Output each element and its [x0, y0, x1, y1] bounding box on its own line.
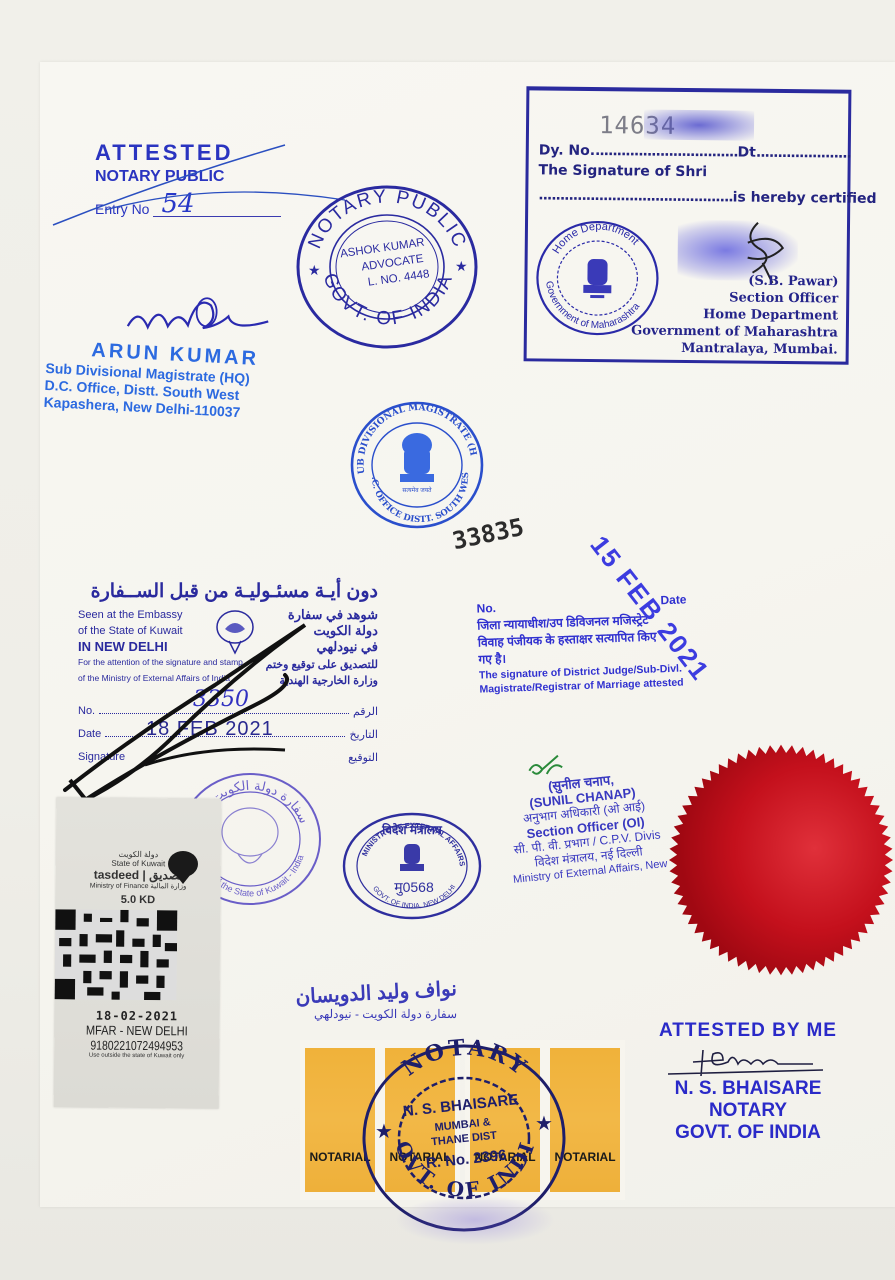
attested-by-me-heading: ATTESTED BY ME: [648, 1020, 848, 1042]
officer-name: (S.B. Pawar): [632, 271, 839, 290]
notary-seal-ashok-kumar: NOTARY PUBLIC GOVT. OF INDIA ★ ★ ASHOK K…: [295, 183, 480, 351]
ink-bleed: [395, 1195, 555, 1245]
date-label-ar: التاريخ: [349, 728, 378, 741]
officer-dept: Home Department: [631, 305, 838, 324]
dy-no-label: Dy. No.: [539, 142, 595, 159]
disclaimer-arabic: دون أيـة مسئـوليـة من قبل الســفارة: [78, 580, 378, 603]
sdm-signature-block: ARUN KUMAR Sub Divisional Magistrate (HQ…: [43, 282, 279, 423]
tasdeed-receipt: دولة الكويت State of Kuwait tasdeed | تص…: [54, 797, 222, 1108]
officer-title: Section Officer: [631, 288, 838, 307]
ink-smudge: [644, 110, 754, 141]
svg-text:सत्यमेव जयते: सत्यमेव जयते: [402, 486, 432, 494]
notary-signature-icon: [663, 1042, 833, 1078]
ink-blot-icon: [165, 848, 201, 886]
svg-text:Home Department: Home Department: [550, 220, 641, 257]
tasdeed-brand: tasdeed: [94, 868, 139, 882]
maharashtra-certification-box: 14634 Dy. No............................…: [524, 86, 852, 364]
mea-seal: विदेश मंत्रालय MINISTRY OF EXTERNAL AFFA…: [342, 812, 482, 920]
signature-label-ar: التوقيع: [348, 751, 378, 764]
certified-label: is hereby certified: [733, 189, 877, 207]
officer-govt: Government of Maharashtra: [631, 322, 838, 341]
qr-code-icon: [55, 909, 178, 1000]
svg-text:मु0568: मु0568: [394, 879, 434, 896]
officer-address: Mantralaya, Mumbai.: [631, 339, 838, 358]
tasdeed-date: 18-02-2021: [54, 1008, 219, 1023]
svg-text:R. No. 2396: R. No. 2396: [425, 1147, 507, 1172]
svg-text:★: ★: [308, 262, 321, 278]
svg-text:★: ★: [455, 258, 468, 274]
sdm-seal: SUB DIVISIONAL MAGISTRATE (HQ) D.C. OFFI…: [350, 400, 485, 530]
tasdeed-amount: 5.0 KD: [55, 893, 220, 906]
tasdeed-location: MFAR - NEW DELHI: [67, 1022, 207, 1038]
svg-text:NOTARY: NOTARY: [397, 1038, 533, 1081]
no-label: No.: [476, 600, 496, 618]
attested-by-me-stamp: ATTESTED BY ME N. S. BHAISARE NOTARY GOV…: [648, 1020, 848, 1144]
signature-icon: [117, 286, 280, 349]
no-label-ar: الرقم: [353, 705, 378, 718]
svg-text:★: ★: [535, 1113, 553, 1135]
sunil-chanap-stamp: (सुनील चनाप, (SUNIL CHANAP) अनुभाग अधिका…: [488, 741, 681, 889]
kuwait-official-stamp: نواف وليد الدويسان سفارة دولة الكويت - ن…: [232, 982, 457, 1021]
dt-label: Dt: [738, 145, 756, 161]
tasdeed-id: 9180221072494953: [71, 1037, 203, 1053]
notary-title: NOTARY: [648, 1100, 848, 1122]
notary-name: N. S. BHAISARE: [648, 1078, 848, 1100]
svg-text:★: ★: [375, 1121, 393, 1143]
signature-of-label: The Signature of Shri: [538, 162, 707, 180]
notary-govt: GOVT. OF INDIA: [648, 1122, 848, 1144]
red-foil-seal-icon: [666, 740, 895, 980]
